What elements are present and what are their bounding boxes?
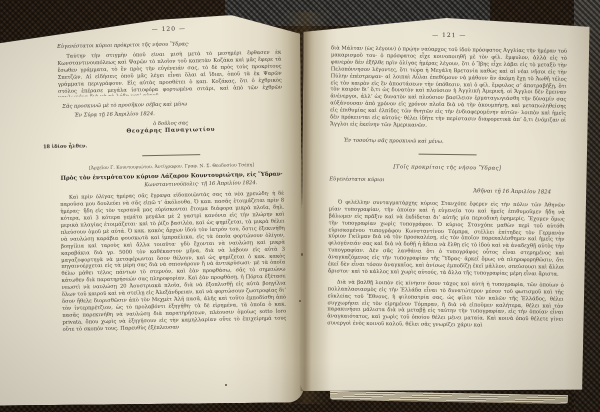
letter1-salutation: Εὐγενέστατοι κύριοι πρόκριτοι τῆς νήσου … xyxy=(57,40,281,51)
letter3-addressee: [Τοῖς προκρίτοις τῆς νήσου Ὕδρας] xyxy=(329,163,565,172)
letter3-salutation: Εὐγενέστατοι κύριοι xyxy=(329,176,565,186)
letter3-dateline: Ἀθῆναι τῇ 16 Ἀπριλίου 1824 xyxy=(329,186,565,195)
letter3-body1: Ὁ φιλέλλην συνταγματάρχης κύριος Στανχόπ… xyxy=(328,199,565,278)
speck xyxy=(299,300,301,302)
section-divider-right xyxy=(419,153,477,155)
received-note: 18 ἰδίου ἦλθεν. xyxy=(43,140,283,151)
right-page: — 121 — διὰ Μάλταν (ὡς λέγουν) ὁ πρῴην ν… xyxy=(300,17,589,397)
stacked-page-edges xyxy=(330,391,568,404)
right-page-content: — 121 — διὰ Μάλταν (ὡς λέγουν) ὁ πρῴην ν… xyxy=(327,28,567,330)
letter1-body: Ταύτην τὴν στιγμὴν ὁποῦ εἶναι μισὴ μετὰ … xyxy=(57,50,282,97)
letter2-body: Καὶ πρὶν ὀλίγας ἡμέρας σᾶς ἔγραψα εἰδοπο… xyxy=(60,191,287,333)
letter3-body2: Διὰ νὰ βαλθῇ λοιπὸν εἰς κίνησιν ὅσον τάχ… xyxy=(327,279,564,331)
letter2-closing: Ἐν τοσούτῳ σᾶς προσκυνῶ καὶ μένω. xyxy=(344,137,566,146)
archive-note: [Ἀρχεῖον Γ. Κουντουριώτου. Ἀντίγραφον. Γ… xyxy=(59,163,283,172)
speck xyxy=(301,253,303,256)
left-page: — 120 — Εὐγενέστατοι κύριοι πρόκριτοι τῆ… xyxy=(0,14,304,405)
left-page-number: — 120 — xyxy=(57,24,281,35)
section-divider xyxy=(142,154,200,156)
letter1-dateline: Ἐν Σύρᾳ τῇ 16 Ἀπριλίου 1824. xyxy=(74,109,282,119)
letter2-continuation: διὰ Μάλταν (ὡς λέγουν) ὁ πρῴην ναύαρχος … xyxy=(330,45,567,131)
speck xyxy=(225,384,227,386)
right-page-number: — 121 — xyxy=(331,30,567,40)
left-page-content: — 120 — Εὐγενέστατοι κύριοι πρόκριτοι τῆ… xyxy=(57,20,287,334)
